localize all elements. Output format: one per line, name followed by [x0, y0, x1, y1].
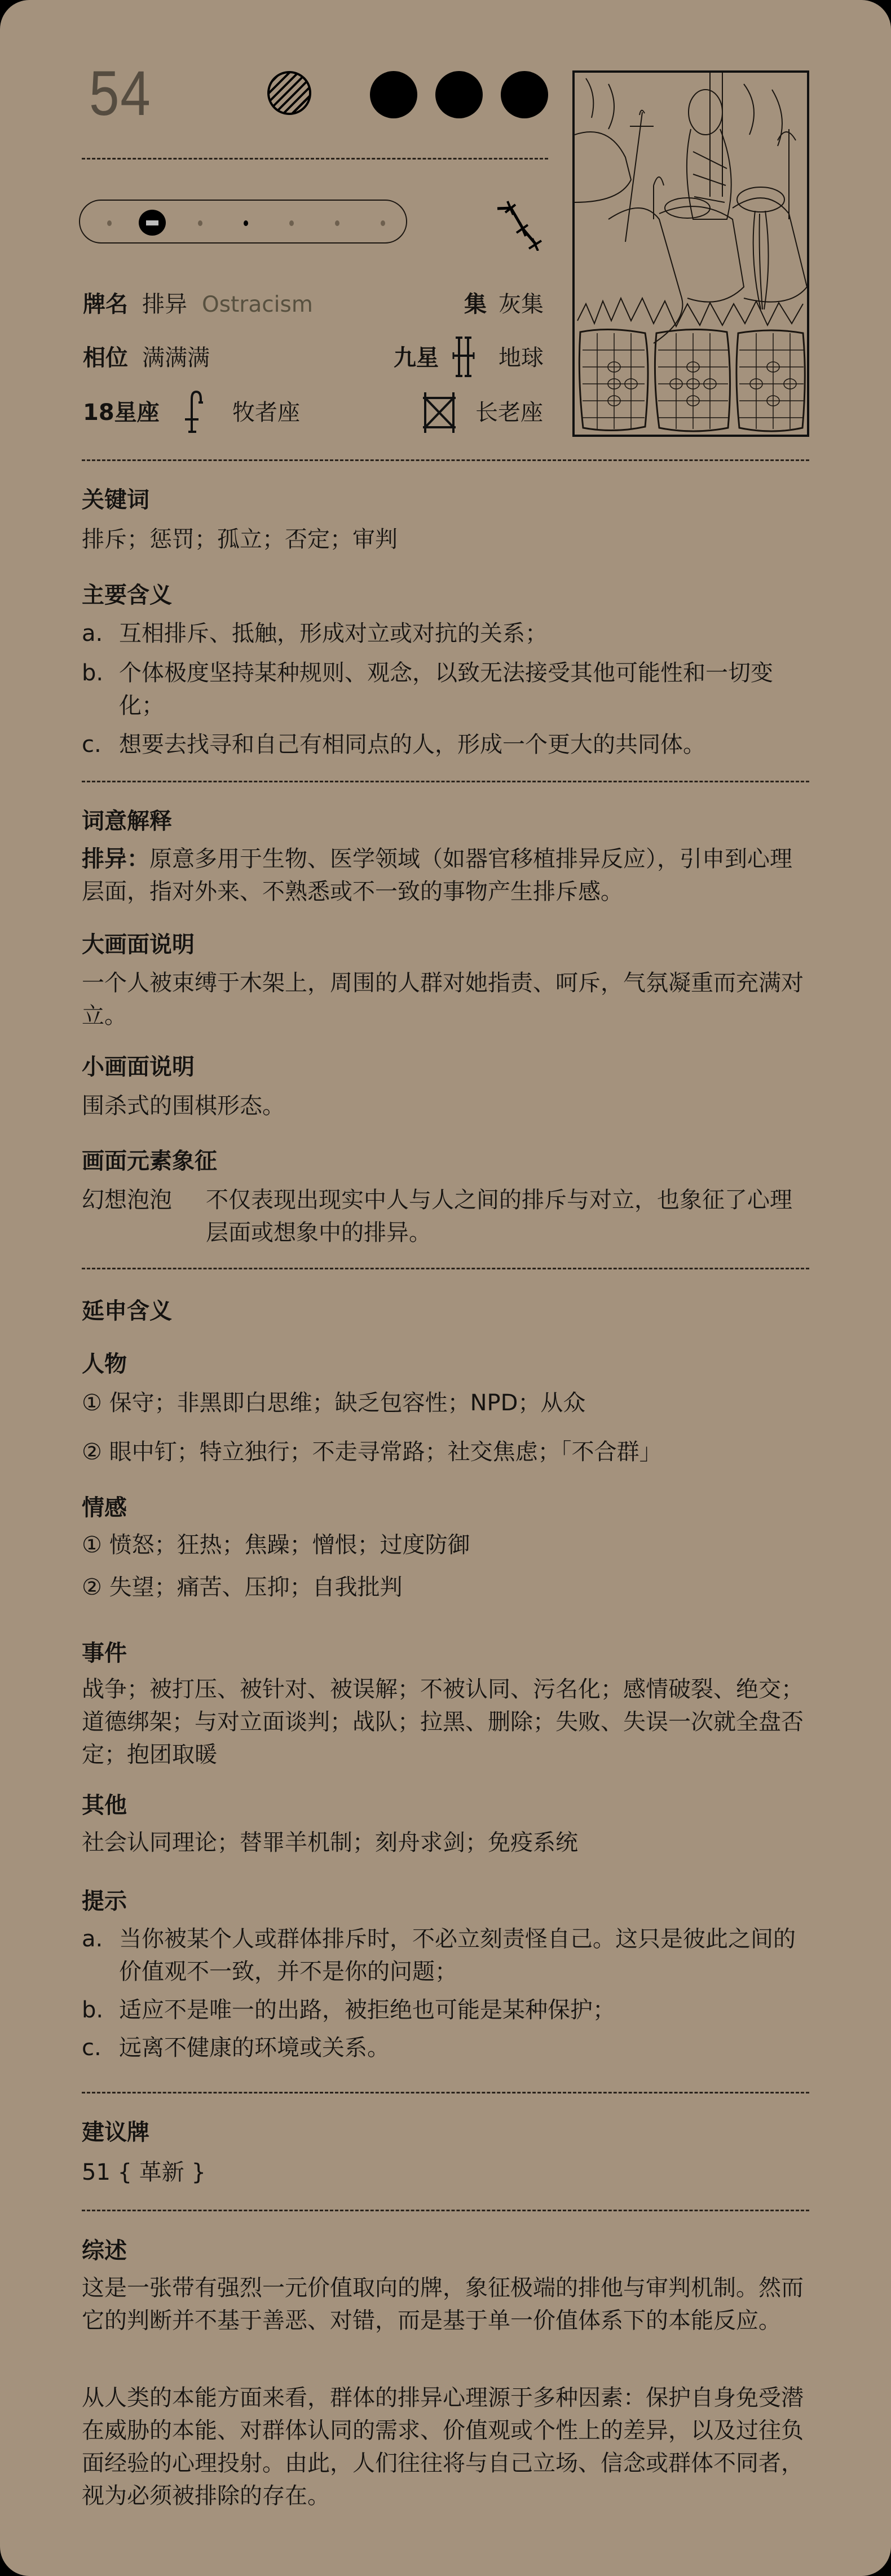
list-marker: a.: [82, 1923, 103, 1955]
list-marker: c.: [82, 2031, 102, 2064]
section-title-keywords: 关键词: [82, 489, 149, 511]
slider-stop[interactable]: [335, 220, 339, 226]
summary-paragraph: 这是一张带有强烈一元价值取向的牌，象征极端的排他与审判机制。然而它的判断并不基于…: [82, 2272, 809, 2337]
zodiac-label: 18星座: [83, 401, 160, 424]
zodiac-value-1: 牧者座: [232, 401, 300, 424]
symbol-text: 不仅表现出现实中人与人之间的排斥与对立，也象征了心理层面或想象中的排异。: [206, 1184, 809, 1249]
hatched-circle-icon: [267, 71, 311, 115]
position-slider[interactable]: [79, 200, 407, 244]
subsection-title-tips: 提示: [82, 1890, 127, 1913]
section-title-symbols: 画面元素象征: [82, 1150, 217, 1172]
elder-symbol-icon: [422, 390, 457, 435]
other-text: 社会认同理论；替罪羊机制；刻舟求剑；免疫系统: [82, 1826, 809, 1859]
section-title-main-meaning: 主要含义: [82, 584, 172, 607]
slider-stop[interactable]: [381, 220, 385, 226]
section-title-big-picture: 大画面说明: [82, 933, 195, 956]
slider-stop[interactable]: [198, 220, 202, 226]
big-picture-text: 一个人被束缚于木架上，周围的人群对她指责、呵斥，气氛凝重而充满对立。: [82, 967, 809, 1032]
slider-knob[interactable]: [139, 210, 166, 236]
card-number: 54: [89, 62, 152, 125]
section-divider: [82, 2092, 809, 2093]
people-item: ② 眼中钉；特立独行；不走寻常路；社交焦虑；「不合群」: [82, 1436, 809, 1468]
section-title-small-picture: 小画面说明: [82, 1056, 195, 1078]
illustration-scene: [575, 73, 807, 435]
nine-star-label: 九星: [394, 347, 439, 369]
section-divider: [82, 781, 809, 782]
filled-circle-icon: [370, 71, 417, 118]
tip-item: a. 当你被某个人或群体排斥时，不必立刻责怪自己。这只是彼此之间的价值观不一致，…: [82, 1923, 809, 1988]
term-label: 排异：: [82, 846, 149, 872]
symbol-item: 幻想泡泡 不仅表现出现实中人与人之间的排斥与对立，也象征了心理层面或想象中的排异…: [82, 1184, 809, 1249]
emotion-item: ① 愤怒；狂热；焦躁；憎恨；过度防御: [82, 1529, 809, 1561]
card-name-cn: 排异: [142, 293, 187, 316]
summary-paragraph: 从人类的本能方面来看，群体的排异心理源于多种因素：保护自身免受潜在威胁的本能、对…: [82, 2382, 809, 2512]
zodiac-value-2: 长老座: [475, 401, 543, 424]
list-text: 想要去找寻和自己有相同点的人，形成一个更大的共同体。: [119, 728, 809, 761]
info-divider: [82, 459, 809, 461]
tip-item: b. 适应不是唯一的出路，被拒绝也可能是某种保护；: [82, 1994, 809, 2026]
barbed-arrow-icon: [496, 200, 548, 251]
tip-item: c. 远离不健康的环境或关系。: [82, 2031, 809, 2064]
card-page: 54 牌名 排异 Ostracism 集 灰集 相位 满满满 九星 地球 18星…: [0, 0, 891, 2576]
card-name-en: Ostracism: [202, 294, 313, 316]
section-divider: [82, 1268, 809, 1269]
subsection-title-other: 其他: [82, 1794, 127, 1817]
keywords-text: 排斥；惩罚；孤立；否定；审判: [82, 523, 809, 556]
set-label: 集: [464, 293, 487, 316]
filled-circle-icon: [501, 71, 548, 118]
earth-symbol-icon: [452, 337, 475, 377]
subsection-title-emotion: 情感: [82, 1497, 127, 1519]
section-divider: [82, 2210, 809, 2211]
main-meaning-item: b. 个体极度坚持某种规则、观念，以致无法接受其他可能性和一切变化；: [82, 657, 809, 722]
term-definition: 原意多用于生物、医学领域（如器官移植排异反应），引申到心理层面，指对外来、不熟悉…: [82, 846, 792, 905]
section-title-summary: 综述: [82, 2239, 127, 2262]
list-text: 适应不是唯一的出路，被拒绝也可能是某种保护；: [119, 1994, 809, 2026]
set-value: 灰集: [499, 293, 544, 316]
header-divider: [82, 158, 548, 160]
list-text: 互相排斥、抵触，形成对立或对抗的关系；: [119, 617, 809, 650]
go-boards: [579, 329, 805, 431]
suggested-card-link[interactable]: 51 { 革新 }: [82, 2156, 809, 2189]
section-title-word-meaning: 词意解释: [82, 810, 172, 833]
card-name-label: 牌名: [83, 293, 128, 316]
shepherd-symbol-icon: [184, 390, 203, 433]
list-marker: b.: [82, 657, 103, 689]
list-text: 远离不健康的环境或关系。: [119, 2031, 809, 2064]
small-picture-text: 围杀式的围棋形态。: [82, 1090, 809, 1122]
list-marker: a.: [82, 617, 103, 650]
list-text: 当你被某个人或群体排斥时，不必立刻责怪自己。这只是彼此之间的价值观不一致，并不是…: [119, 1923, 809, 1988]
minus-icon: [146, 220, 158, 225]
filled-circle-icon: [435, 71, 483, 118]
word-meaning-text: 排异：原意多用于生物、医学领域（如器官移植排异反应），引申到心理层面，指对外来、…: [82, 843, 809, 908]
slider-stop-marked[interactable]: [244, 220, 248, 226]
list-marker: b.: [82, 1994, 103, 2026]
phase-label: 相位: [83, 347, 128, 369]
subsection-title-people: 人物: [82, 1353, 127, 1375]
main-meaning-item: c. 想要去找寻和自己有相同点的人，形成一个更大的共同体。: [82, 728, 809, 761]
people-item: ① 保守；非黑即白思维；缺乏包容性；NPD；从众: [82, 1387, 809, 1419]
subsection-title-events: 事件: [82, 1642, 127, 1665]
section-title-extended: 延申含义: [82, 1300, 172, 1322]
section-title-suggested: 建议牌: [82, 2121, 149, 2144]
nine-star-value: 地球: [499, 347, 544, 369]
main-meaning-item: a. 互相排斥、抵触，形成对立或对抗的关系；: [82, 617, 809, 650]
slider-stop[interactable]: [107, 220, 112, 226]
card-illustration: [572, 70, 809, 437]
phase-value: 满满满: [142, 347, 210, 369]
slider-stop[interactable]: [289, 220, 294, 226]
symbol-key: 幻想泡泡: [82, 1184, 172, 1216]
list-marker: c.: [82, 728, 102, 761]
emotion-item: ② 失望；痛苦、压抑；自我批判: [82, 1571, 809, 1604]
list-text: 个体极度坚持某种规则、观念，以致无法接受其他可能性和一切变化；: [119, 657, 809, 722]
events-text: 战争；被打压、被针对、被误解；不被认同、污名化；感情破裂、绝交；道德绑架；与对立…: [82, 1673, 809, 1771]
